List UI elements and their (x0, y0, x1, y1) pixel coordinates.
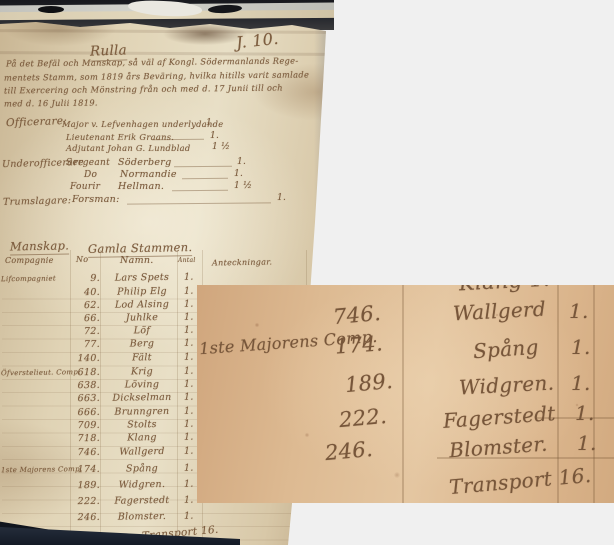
count-value: 1. (184, 366, 194, 377)
count-value: 1. (184, 479, 194, 490)
count-value: 1. (184, 463, 194, 474)
soldier-name: Dickselman (102, 392, 182, 404)
intro-line: På det Befäl och Manskap, så väl af Kong… (6, 55, 299, 68)
paper-crease (0, 29, 330, 34)
leader-line (174, 166, 232, 168)
leader-line (127, 202, 271, 204)
count-value: 1. (569, 299, 589, 323)
partial-row-text: Klang 1. (458, 285, 550, 295)
officers-section-label: Officerare: (6, 115, 68, 129)
column-line (593, 285, 595, 503)
column-header-name: Namn. (120, 255, 154, 266)
intro-line: mentets Stamm, som 1819 års Beväring, hv… (4, 69, 309, 82)
soldier-number: 174. (66, 464, 100, 475)
soldier-name: Stolts (102, 419, 182, 431)
officer-count: 1 ½ (212, 142, 230, 152)
soldier-name: Fält (102, 352, 182, 364)
count-value: 1. (184, 352, 194, 363)
soldier-number: 746. (332, 301, 382, 329)
soldier-number: 9. (66, 273, 100, 284)
soldier-name: Widgren. (458, 371, 554, 400)
count-value: 1. (184, 338, 194, 349)
soldier-name: Brunngren (102, 406, 182, 418)
soldier-number: 140. (66, 353, 100, 364)
soldier-name: Lod Alsing (102, 299, 182, 311)
count-value: 1. (184, 446, 194, 457)
underofficer-count: 1 ½ (234, 181, 252, 191)
column-header-notes: Anteckningar. (212, 257, 273, 267)
drummer-name: Forsman: (72, 194, 120, 205)
count-value: 1. (577, 431, 597, 455)
count-value: 1. (184, 299, 194, 310)
count-value: 1. (571, 371, 591, 395)
screenshot-root: J. 10. Rulla På det Befäl och Manskap, s… (0, 0, 614, 545)
underofficer-name: Hellman. (118, 181, 164, 192)
soldier-name: Spång (472, 335, 539, 364)
soldier-name: Wallgerd (452, 297, 546, 326)
intro-line: med d. 16 Julii 1819. (4, 97, 98, 108)
count-value: 1. (184, 511, 194, 522)
officer-count: 1. (206, 118, 215, 128)
underofficer-name: Normandie (120, 169, 177, 180)
soldier-name: Fagerstedt (102, 495, 182, 507)
soldier-name: Berg (102, 338, 182, 350)
underofficer-rank: Sergeant (66, 158, 110, 168)
soldier-number: 77. (66, 339, 100, 350)
count-value: 1. (184, 312, 194, 323)
count-value: 1. (184, 325, 194, 336)
document-number: J. 10. (235, 29, 279, 52)
count-value: 1. (575, 401, 595, 425)
soldier-number: 222. (338, 404, 388, 432)
soldier-name: Spång (102, 463, 182, 475)
binding-shadow (38, 6, 64, 13)
soldier-name: Juhlke (102, 312, 182, 324)
officer-count: 1. (210, 131, 219, 141)
underofficer-rank: Fourir (70, 182, 100, 192)
soldier-name: Wallgerd (102, 446, 182, 458)
count-value: 1. (184, 272, 194, 283)
underofficer-name: Söderberg (118, 157, 172, 168)
drummers-section-label: Trumslagare: (3, 195, 72, 208)
soldier-number: 66. (66, 313, 100, 324)
soldier-number: 638. (66, 380, 100, 391)
soldier-name: Löf (102, 325, 182, 337)
count-value: 1. (184, 419, 194, 430)
soldier-name: Fagerstedt (442, 401, 556, 433)
column-header-no: No (76, 255, 88, 264)
soldier-number: 709. (66, 420, 100, 431)
soldier-name: Lars Spets (102, 272, 182, 284)
column-header-count: Antal (178, 257, 196, 264)
column-line (402, 285, 404, 503)
count-value: 1. (184, 392, 194, 403)
soldier-name: Philip Elg (102, 286, 182, 298)
soldier-name: Krig (102, 366, 182, 378)
soldier-name: Widgren. (102, 479, 182, 491)
leader-line (182, 178, 228, 179)
leader-line (152, 139, 204, 140)
column-header-company: Compagnie (5, 256, 54, 265)
company-label: Lifcompagniet (1, 274, 56, 283)
soldier-number: 718. (66, 433, 100, 444)
soldier-number: 246. (324, 437, 374, 465)
underofficer-rank: Do (84, 170, 97, 180)
roster-title: Manskap. (10, 238, 69, 255)
soldier-name: Löving (102, 379, 182, 391)
transport-total: Transport 16. (448, 463, 592, 499)
underofficer-count: 1. (234, 169, 243, 179)
count-value: 1. (571, 335, 591, 359)
soldier-name: Blomster. (102, 511, 182, 523)
intro-line: till Exercering och Mönstring från och m… (4, 83, 283, 96)
soldier-number: 746. (66, 447, 100, 458)
soldier-number: 246. (66, 512, 100, 523)
magnified-inset: Klang 1. 746. Wallgerd 1. 1ste Majorens … (197, 285, 614, 503)
underofficer-count: 1. (237, 157, 246, 167)
soldier-number: 62. (66, 300, 100, 311)
soldier-number: 618. (66, 367, 100, 378)
soldier-number: 72. (66, 326, 100, 337)
officer-entry: Major v. Lefvenhagen underlydande (62, 119, 223, 129)
soldier-number: 663. (66, 393, 100, 404)
soldier-number: 666. (66, 407, 100, 418)
drummer-count: 1. (277, 193, 286, 203)
soldier-number: 222. (66, 496, 100, 507)
soldier-number: 189. (344, 369, 394, 397)
count-value: 1. (184, 495, 194, 506)
soldier-number: 174. (334, 331, 384, 358)
soldier-name: Klang (102, 432, 182, 444)
leader-line (172, 190, 228, 191)
count-value: 1. (184, 379, 194, 390)
count-value: 1. (184, 432, 194, 443)
count-value: 1. (184, 286, 194, 297)
soldier-number: 40. (66, 287, 100, 298)
officer-entry: Adjutant Johan G. Lundblad (66, 143, 191, 153)
count-value: 1. (184, 406, 194, 417)
soldier-number: 189. (66, 480, 100, 491)
